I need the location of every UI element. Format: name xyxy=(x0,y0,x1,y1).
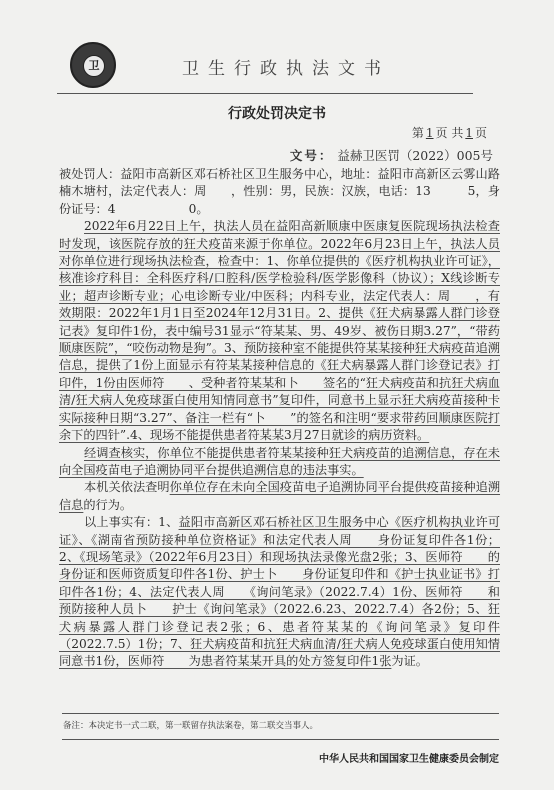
document-title: 行政处罚决定书 xyxy=(0,103,554,123)
page-current: 1 xyxy=(424,126,436,140)
page-total: 1 xyxy=(463,126,475,140)
document-body: 被处罚人：益阳市高新区邓石桥社区卫生服务中心，地址：益阳市高新区云雾山路楠木塘村… xyxy=(59,166,500,671)
header-divider xyxy=(57,93,473,94)
document-number-label: 文号： xyxy=(290,148,334,163)
conclusion-paragraph: 本机关依法查明你单位存在未向全国疫苗电子追溯协同平台提供疫苗接种追溯信息的行为。 xyxy=(59,479,500,514)
page-number: 第1页 共1页 xyxy=(412,124,487,141)
penalized-party: 被处罚人：益阳市高新区邓石桥社区卫生服务中心，地址：益阳市高新区云雾山路楠木塘村… xyxy=(59,166,500,218)
penalty-decision-document: 卫 卫生行政执法文书 行政处罚决定书 第1页 共1页 文号： 益赫卫医罚（202… xyxy=(0,0,554,790)
header-title: 卫生行政执法文书 xyxy=(182,54,390,79)
document-number-value: 益赫卫医罚（2022）005号 xyxy=(337,148,493,163)
issuing-authority: 中华人民共和国国家卫生健康委员会制定 xyxy=(319,750,499,765)
remark-note: 备注：本决定书一式二联，第一联留存执法案卷，第二联交当事人。 xyxy=(63,719,318,731)
evidence-paragraph: 以上事实有：1、益阳市高新区邓石桥社区卫生服务中心《医疗机构执业许可证》、《湖南… xyxy=(59,514,500,671)
finding-paragraph: 经调查核实，你单位不能提供患者符某某接种狂犬病疫苗的追溯信息，存在未向全国疫苗电… xyxy=(59,445,500,480)
facts-paragraph: 2022年6月22日上午，执法人员在益阳高新顺康中医康复医院现场执法检查时发现，… xyxy=(59,218,500,444)
footer-divider-bottom xyxy=(62,739,499,740)
document-number: 文号： 益赫卫医罚（2022）005号 xyxy=(290,146,493,164)
footer-divider-top xyxy=(62,713,499,714)
health-commission-emblem-icon: 卫 xyxy=(70,42,116,88)
emblem-center: 卫 xyxy=(83,55,105,77)
